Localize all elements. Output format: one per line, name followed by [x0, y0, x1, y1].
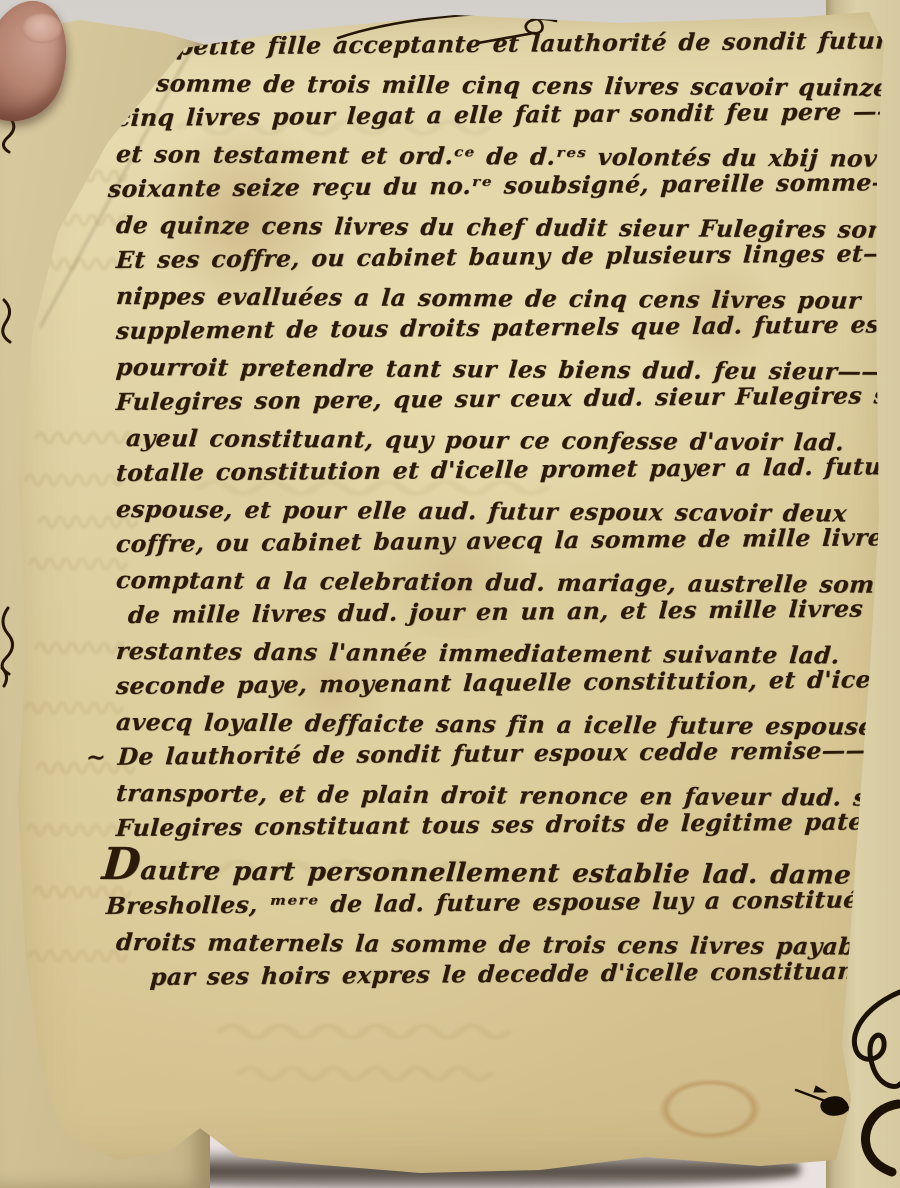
photograph-of-manuscript: Sa petite fille acceptante et lauthorité… — [0, 0, 900, 1188]
manuscript-page: Sa petite fille acceptante et lauthorité… — [0, 0, 900, 1188]
manuscript-line: de mille livres dud. jour en un an, et l… — [127, 591, 879, 633]
manuscript-line: cinq livres pour legat a elle fait par s… — [115, 94, 879, 136]
manuscript-text-block: Sa petite fille acceptante et lauthorité… — [116, 30, 878, 996]
manuscript-line: Bresholles, ᵐᵉʳᵉ de lad. future espouse … — [105, 882, 879, 924]
manuscript-line: coffre, ou cabinet bauny avecq la somme … — [115, 520, 879, 562]
manuscript-line: Fulegires constituant tous ses droits de… — [115, 804, 879, 846]
manuscript-line: ~ De lauthorité de sondit futur espoux c… — [85, 733, 879, 775]
manuscript-line: supplement de tous droits paternels que … — [115, 307, 879, 349]
manuscript-line: soixante seize reçu du no.ʳᵉ soubsigné, … — [107, 165, 879, 207]
manuscript-line: Sa petite fille acceptante et lauthorité… — [131, 23, 879, 65]
manuscript-line: Fulegires son pere, que sur ceux dud. si… — [115, 378, 879, 420]
manuscript-line: Et ses coffre, ou cabinet bauny de plusi… — [115, 236, 879, 278]
thumb-nail — [21, 13, 62, 44]
manuscript-line: par ses hoirs expres le decedde d'icelle… — [149, 954, 879, 996]
manuscript-line: totalle constitution et d'icelle promet … — [115, 449, 879, 491]
manuscript-line: seconde paye, moyenant laquelle constitu… — [115, 662, 879, 704]
